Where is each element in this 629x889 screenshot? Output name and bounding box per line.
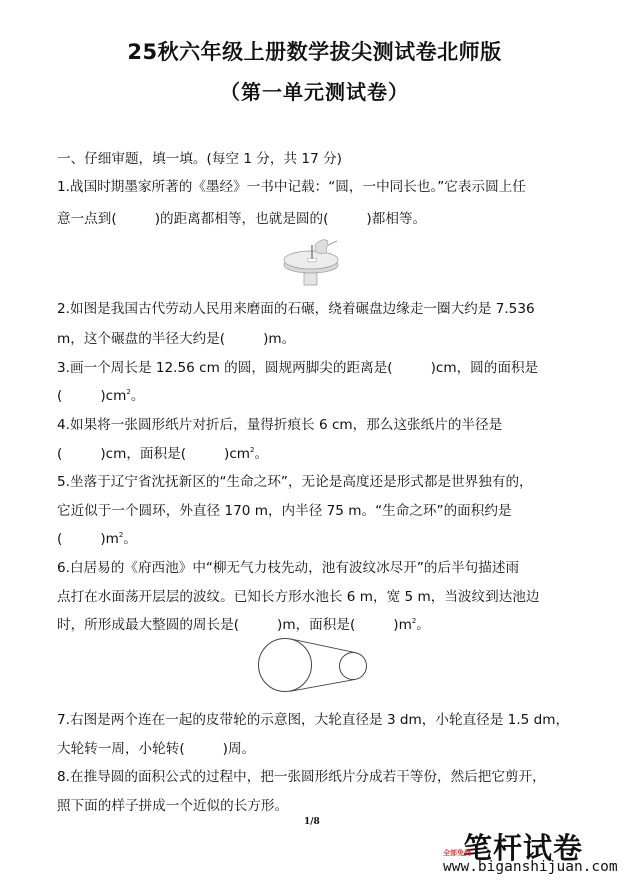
- text: (: [57, 388, 62, 404]
- text: 。: [123, 531, 137, 547]
- text: )m: [100, 531, 119, 547]
- question-6-line-2: 点打在水面荡开层层的波纹。已知长方形水池长 6 m，宽 5 m，当波纹到达池边: [57, 585, 539, 605]
- text: )m: [393, 617, 412, 633]
- text: )cm: [100, 388, 126, 404]
- text: (: [57, 446, 62, 462]
- question-3-line-1: 3.画一个周长是 12.56 cm 的圆，圆规两脚尖的距离是()cm，圆的面积是: [57, 356, 538, 376]
- question-6-line-1: 6.白居易的《府西池》中“柳无气力枝先动，池有波纹冰尽开”的后半句描述雨: [57, 556, 519, 576]
- text: m，这个碾盘的半径大约是(: [57, 331, 225, 347]
- text: )都相等。: [366, 211, 426, 227]
- text: )周。: [223, 741, 256, 757]
- belt-pulley-diagram: [255, 638, 375, 698]
- text: 。: [255, 446, 269, 462]
- text: )的距离都相等，也就是圆的(: [155, 211, 329, 227]
- question-2-line-1: 2.如图是我国古代劳动人民用来磨面的石碾，绕着碾盘边缘走一圈大约是 7.536: [57, 297, 535, 317]
- page-number: 1/8: [304, 817, 320, 827]
- text: 。: [416, 617, 430, 633]
- question-2-line-2: m，这个碾盘的半径大约是()m。: [57, 327, 295, 347]
- text: )m。: [263, 331, 295, 347]
- watermark-url: www.biganshijuan.com: [443, 859, 618, 875]
- text: 时，所形成最大整圆的周长是(: [57, 617, 239, 633]
- document-subtitle: （第一单元测试卷）: [0, 76, 629, 105]
- question-4-line-1: 4.如果将一张圆形纸片对折后，量得折痕长 6 cm，那么这张纸片的半径是: [57, 413, 502, 433]
- section-heading: 一、仔细审题，填一填。(每空 1 分，共 17 分): [57, 147, 342, 167]
- question-8-line-2: 照下面的样子拼成一个近似的长方形。: [57, 794, 288, 814]
- text: 大轮转一周，小轮转(: [57, 741, 185, 757]
- text: 。: [131, 388, 145, 404]
- question-3-line-2: ()cm2。: [57, 384, 144, 404]
- question-5-line-1: 5.坐落于辽宁省沈抚新区的“生命之环”，无论是高度还是形式都是世界独有的，: [57, 470, 533, 490]
- text: )cm，圆的面积是: [431, 360, 539, 376]
- text: )m，面积是(: [277, 617, 355, 633]
- question-6-line-3: 时，所形成最大整圆的周长是()m，面积是()m2。: [57, 613, 430, 633]
- text: )cm，面积是(: [100, 446, 186, 462]
- question-1-line-2: 意一点到()的距离都相等，也就是圆的()都相等。: [57, 207, 426, 227]
- document-title: 25秋六年级上册数学拔尖测试卷北师版: [0, 36, 629, 66]
- stone-mill-illustration: [282, 233, 342, 288]
- question-7-line-2: 大轮转一周，小轮转()周。: [57, 737, 255, 757]
- text: 意一点到(: [57, 211, 117, 227]
- question-5-line-3: ()m2。: [57, 527, 137, 547]
- question-5-line-2: 它近似于一个圆环，外直径 170 m，内半径 75 m。“生命之环”的面积约是: [57, 499, 512, 519]
- text: (: [57, 531, 62, 547]
- question-1-line-1: 1.战国时期墨家所著的《墨经》一书中记载：“圆，一中同长也。”它表示圆上任: [57, 175, 526, 195]
- text: )cm: [224, 446, 250, 462]
- text: 3.画一个周长是 12.56 cm 的圆，圆规两脚尖的距离是(: [57, 360, 393, 376]
- question-7-line-1: 7.右图是两个连在一起的皮带轮的示意图，大轮直径是 3 dm，小轮直径是 1.5…: [57, 708, 569, 728]
- watermark-tag: 全部免费: [443, 848, 471, 858]
- question-8-line-1: 8.在推导圆的面积公式的过程中，把一张圆形纸片分成若干等份，然后把它剪开，: [57, 765, 546, 785]
- question-4-line-2: ()cm，面积是()cm2。: [57, 442, 268, 462]
